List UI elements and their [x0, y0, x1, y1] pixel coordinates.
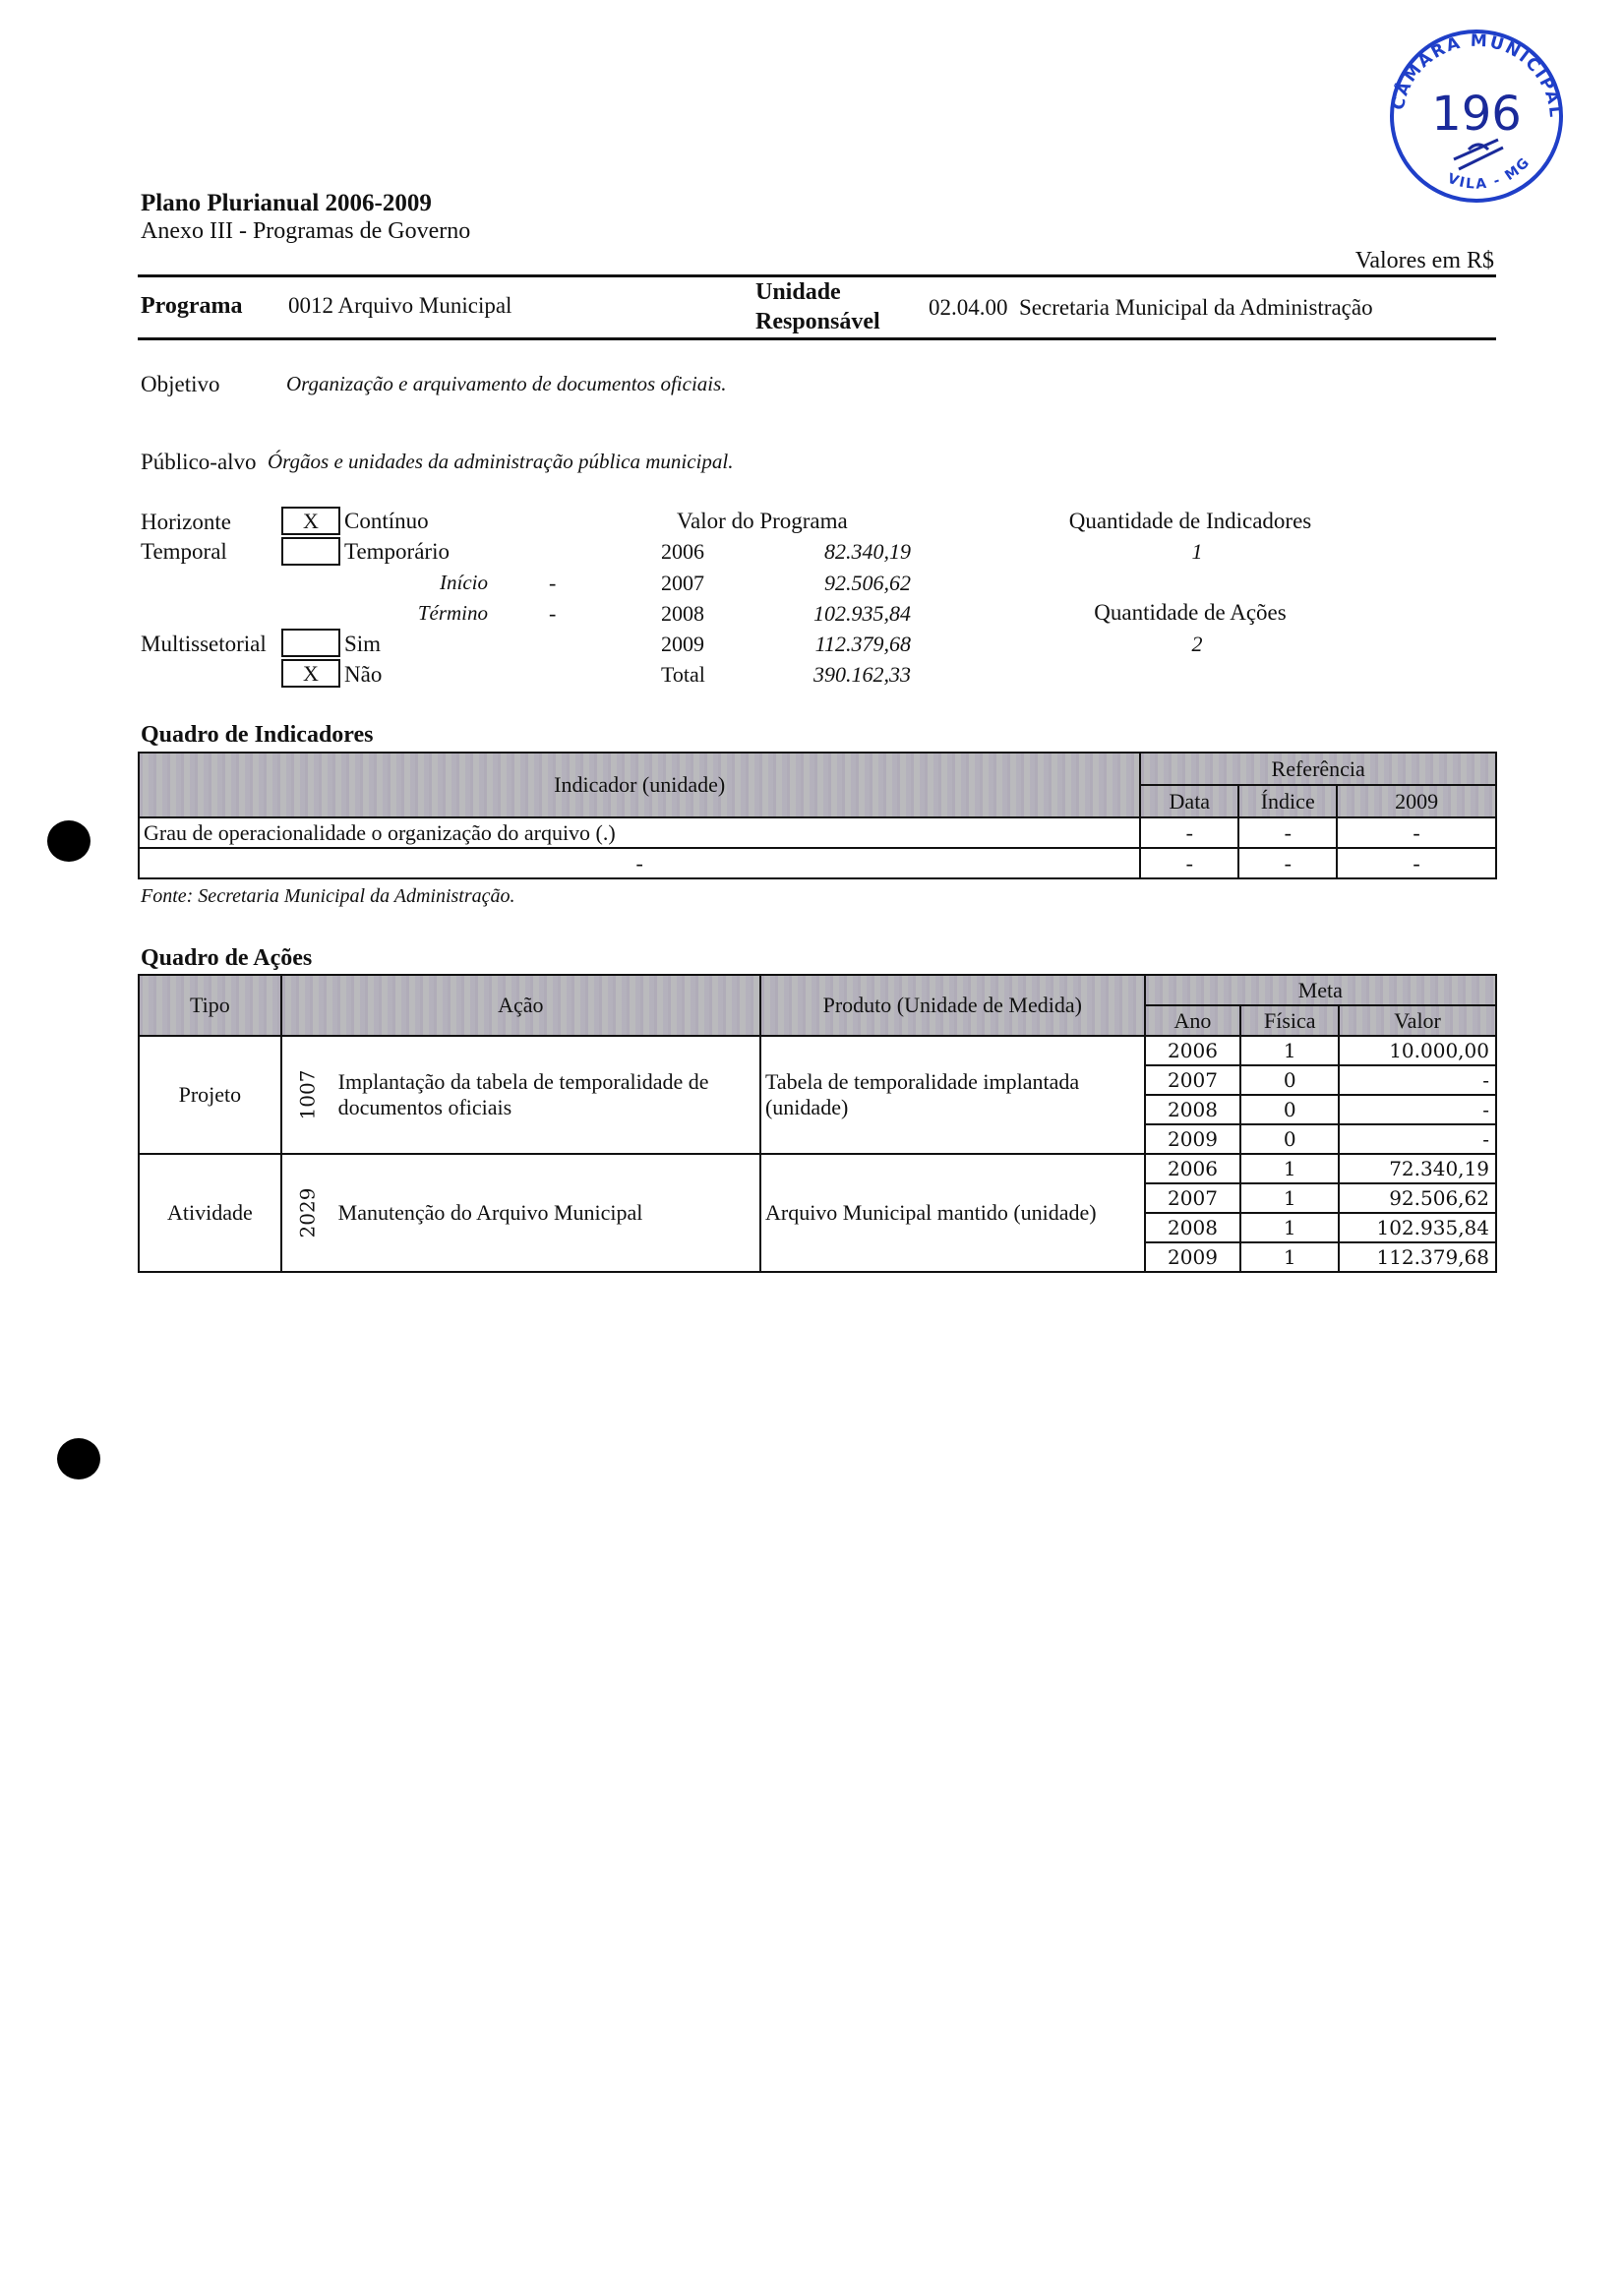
goal-value: 92.506,62 — [1339, 1183, 1496, 1213]
multisector-no-label: Não — [344, 662, 382, 688]
program-label: Programa — [141, 293, 243, 320]
goal-year: 2009 — [1145, 1124, 1241, 1154]
indicator-name: - — [139, 848, 1140, 878]
action-name: Manutenção do Arquivo Municipal — [332, 1154, 760, 1272]
actions-section-title: Quadro de Ações — [141, 945, 312, 972]
goal-physical: 0 — [1240, 1124, 1339, 1154]
objective-value: Organização e arquivamento de documentos… — [286, 372, 727, 396]
start-label: Início — [413, 571, 488, 595]
col-date: Data — [1140, 785, 1238, 817]
col-index: Índice — [1238, 785, 1337, 817]
program-value-amount: 112.379,68 — [748, 632, 911, 657]
action-code-text: 2029 — [295, 1188, 319, 1238]
action-goal-row: Atividade2029Manutenção do Arquivo Munic… — [139, 1154, 1496, 1183]
multisector-label: Multissetorial — [141, 632, 267, 657]
indicator-2009: - — [1337, 848, 1496, 878]
indicator-2009: - — [1337, 817, 1496, 848]
action-name: Implantação da tabela de temporalidade d… — [332, 1036, 760, 1154]
end-label: Término — [393, 601, 488, 626]
svg-text:196: 196 — [1431, 87, 1522, 142]
target-public-label: Público-alvo — [141, 450, 257, 475]
col-value: Valor — [1339, 1005, 1496, 1036]
currency-note: Valores em R$ — [1355, 248, 1494, 274]
objective-label: Objetivo — [141, 372, 220, 397]
end-value: - — [549, 601, 556, 627]
header-rule-bottom — [138, 337, 1496, 340]
action-product: Arquivo Municipal mantido (unidade) — [760, 1154, 1145, 1272]
horizon-temporary-checkbox[interactable] — [281, 537, 340, 566]
hole-punch-mark — [47, 820, 90, 862]
council-stamp: CÂMARA MUNICIPAL VILA - MG 196 — [1375, 22, 1578, 207]
col-type: Tipo — [139, 975, 281, 1036]
goal-year: 2007 — [1145, 1183, 1241, 1213]
action-product: Tabela de temporalidade implantada (unid… — [760, 1036, 1145, 1154]
action-type: Atividade — [139, 1154, 281, 1272]
multisector-no-checkbox[interactable]: X — [281, 659, 340, 688]
goal-physical: 1 — [1240, 1242, 1339, 1272]
col-indicator: Indicador (unidade) — [139, 753, 1140, 817]
unit-label-line2: Responsável — [755, 307, 880, 336]
action-goal-row: Projeto1007Implantação da tabela de temp… — [139, 1036, 1496, 1065]
action-code: 2029 — [281, 1154, 332, 1272]
goal-value: 72.340,19 — [1339, 1154, 1496, 1183]
goal-value: 10.000,00 — [1339, 1036, 1496, 1065]
indicator-name: Grau de operacionalidade o organização d… — [139, 817, 1140, 848]
program-value: 0012 Arquivo Municipal — [288, 293, 511, 319]
actions-count-label: Quantidade de Ações — [1023, 600, 1357, 626]
indicators-table: Indicador (unidade) Referência Data Índi… — [138, 752, 1497, 879]
horizon-continuous-checkbox[interactable]: X — [281, 507, 340, 535]
program-value-amount: 82.340,19 — [748, 539, 911, 565]
indicators-source: Fonte: Secretaria Municipal da Administr… — [141, 885, 515, 908]
indicator-date: - — [1140, 817, 1238, 848]
goal-physical: 0 — [1240, 1095, 1339, 1124]
goal-value: - — [1339, 1095, 1496, 1124]
goal-physical: 1 — [1240, 1036, 1339, 1065]
actions-count-value: 2 — [1023, 632, 1371, 657]
goal-physical: 1 — [1240, 1213, 1339, 1242]
program-value-title: Valor do Programa — [677, 509, 848, 534]
target-public-value: Órgãos e unidades da administração públi… — [268, 450, 733, 474]
indicator-date: - — [1140, 848, 1238, 878]
indicators-count-label: Quantidade de Indicadores — [1023, 509, 1357, 534]
hole-punch-mark — [57, 1438, 100, 1479]
horizon-label-line2: Temporal — [141, 537, 231, 567]
goal-value: 102.935,84 — [1339, 1213, 1496, 1242]
indicator-row: Grau de operacionalidade o organização d… — [139, 817, 1496, 848]
indicators-section-title: Quadro de Indicadores — [141, 722, 374, 749]
goal-year: 2008 — [1145, 1095, 1241, 1124]
goal-year: 2009 — [1145, 1242, 1241, 1272]
program-value-year: 2008 — [661, 601, 704, 627]
horizon-label: Horizonte Temporal — [141, 508, 231, 567]
unit-label: Unidade Responsável — [755, 277, 880, 336]
program-value-year: 2006 — [661, 539, 704, 565]
multisector-yes-label: Sim — [344, 632, 381, 657]
col-physical: Física — [1240, 1005, 1339, 1036]
document-subtitle: Anexo III - Programas de Governo — [141, 218, 470, 245]
action-code-text: 1007 — [295, 1070, 319, 1120]
goal-value: 112.379,68 — [1339, 1242, 1496, 1272]
unit-value: 02.04.00 Secretaria Municipal da Adminis… — [929, 295, 1373, 321]
indicators-count-value: 1 — [1023, 539, 1371, 565]
goal-year: 2008 — [1145, 1213, 1241, 1242]
program-value-amount: 92.506,62 — [748, 571, 911, 596]
indicator-index: - — [1238, 817, 1337, 848]
multisector-yes-checkbox[interactable] — [281, 629, 340, 657]
program-value-year: Total — [661, 662, 705, 688]
goal-year: 2006 — [1145, 1036, 1241, 1065]
col-year: Ano — [1145, 1005, 1241, 1036]
horizon-continuous-label: Contínuo — [344, 509, 429, 534]
indicator-index: - — [1238, 848, 1337, 878]
col-reference: Referência — [1140, 753, 1496, 785]
col-goal: Meta — [1145, 975, 1496, 1005]
indicator-row: ---- — [139, 848, 1496, 878]
action-code: 1007 — [281, 1036, 332, 1154]
program-value-year: 2009 — [661, 632, 704, 657]
unit-label-line1: Unidade — [755, 277, 880, 307]
document-title: Plano Plurianual 2006-2009 — [141, 190, 432, 217]
goal-value: - — [1339, 1065, 1496, 1095]
goal-physical: 0 — [1240, 1065, 1339, 1095]
horizon-label-line1: Horizonte — [141, 508, 231, 537]
horizon-temporary-label: Temporário — [344, 539, 450, 565]
actions-table: Tipo Ação Produto (Unidade de Medida) Me… — [138, 974, 1497, 1273]
program-value-year: 2007 — [661, 571, 704, 596]
goal-physical: 1 — [1240, 1154, 1339, 1183]
col-2009: 2009 — [1337, 785, 1496, 817]
program-value-amount: 102.935,84 — [748, 601, 911, 627]
col-product: Produto (Unidade de Medida) — [760, 975, 1145, 1036]
goal-value: - — [1339, 1124, 1496, 1154]
program-value-amount: 390.162,33 — [748, 662, 911, 688]
goal-year: 2007 — [1145, 1065, 1241, 1095]
action-type: Projeto — [139, 1036, 281, 1154]
col-action: Ação — [281, 975, 760, 1036]
start-value: - — [549, 571, 556, 596]
goal-physical: 1 — [1240, 1183, 1339, 1213]
goal-year: 2006 — [1145, 1154, 1241, 1183]
